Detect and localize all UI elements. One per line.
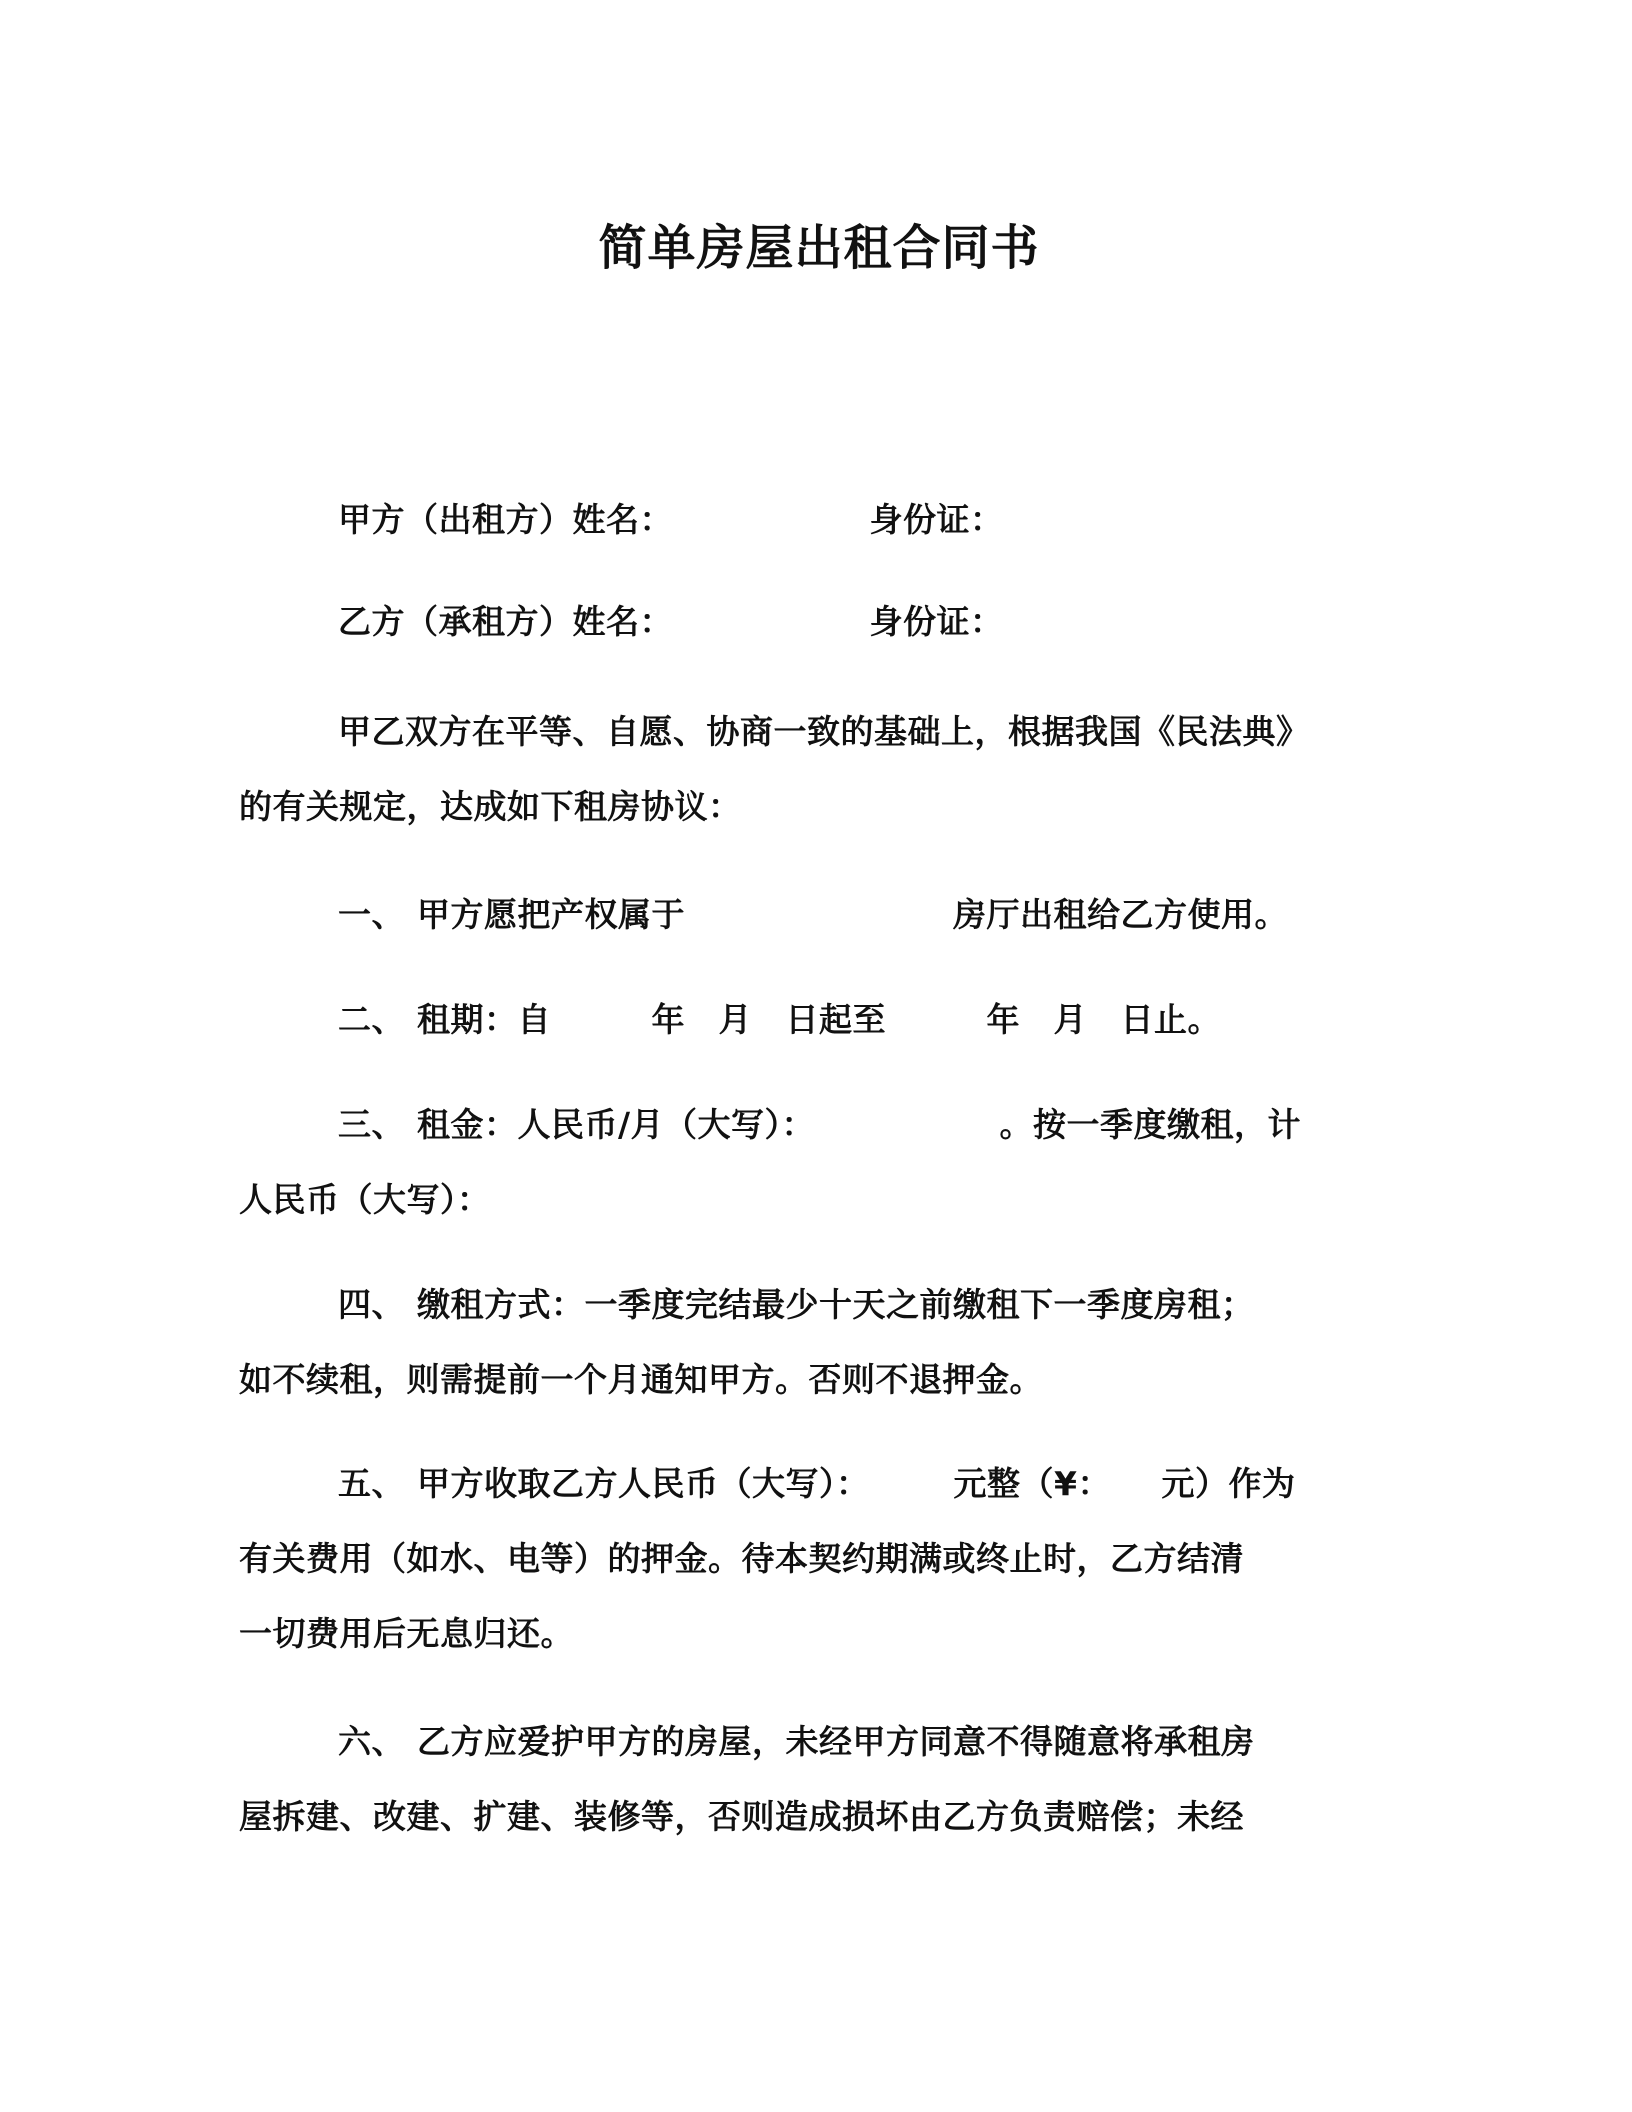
contract-line: 甲乙双方在平等、自愿、协商一致的基础上，根据我国《民法典》 [239, 712, 1508, 752]
contract-line: 四、 缴租方式：一季度完结最少十天之前缴租下一季度房租； [239, 1285, 1508, 1325]
contract-line: 五、 甲方收取乙方人民币（大写）： 元整（¥： 元）作为 [239, 1464, 1508, 1504]
page: 简单房屋出租合同书 甲方（出租方）姓名： 身份证：乙方（承租方）姓名： 身份证：… [0, 0, 1632, 2112]
contract-line: 屋拆建、改建、扩建、装修等，否则造成损坏由乙方负责赔偿；未经 [239, 1797, 1409, 1837]
contract-line: 一切费用后无息归还。 [239, 1614, 1409, 1654]
contract-line: 如不续租，则需提前一个月通知甲方。否则不退押金。 [239, 1360, 1409, 1400]
contract-line: 二、 租期：自 年 月 日起至 年 月 日止。 [239, 1000, 1508, 1040]
contract-line: 乙方（承租方）姓名： 身份证： [239, 602, 1508, 642]
contract-line: 一、 甲方愿把产权属于 房厅出租给乙方使用。 [239, 895, 1508, 935]
contract-line: 甲方（出租方）姓名： 身份证： [239, 500, 1508, 540]
contract-line: 六、 乙方应爱护甲方的房屋，未经甲方同意不得随意将承租房 [239, 1722, 1508, 1762]
contract-line: 三、 租金：人民币/月（大写）： 。按一季度缴租，计 [239, 1105, 1508, 1145]
contract-body: 甲方（出租方）姓名： 身份证：乙方（承租方）姓名： 身份证：甲乙双方在平等、自愿… [239, 0, 1409, 2112]
contract-line: 有关费用（如水、电等）的押金。待本契约期满或终止时，乙方结清 [239, 1539, 1409, 1579]
contract-line: 人民币（大写）： [239, 1180, 1409, 1220]
contract-line: 的有关规定，达成如下租房协议： [239, 787, 1409, 827]
